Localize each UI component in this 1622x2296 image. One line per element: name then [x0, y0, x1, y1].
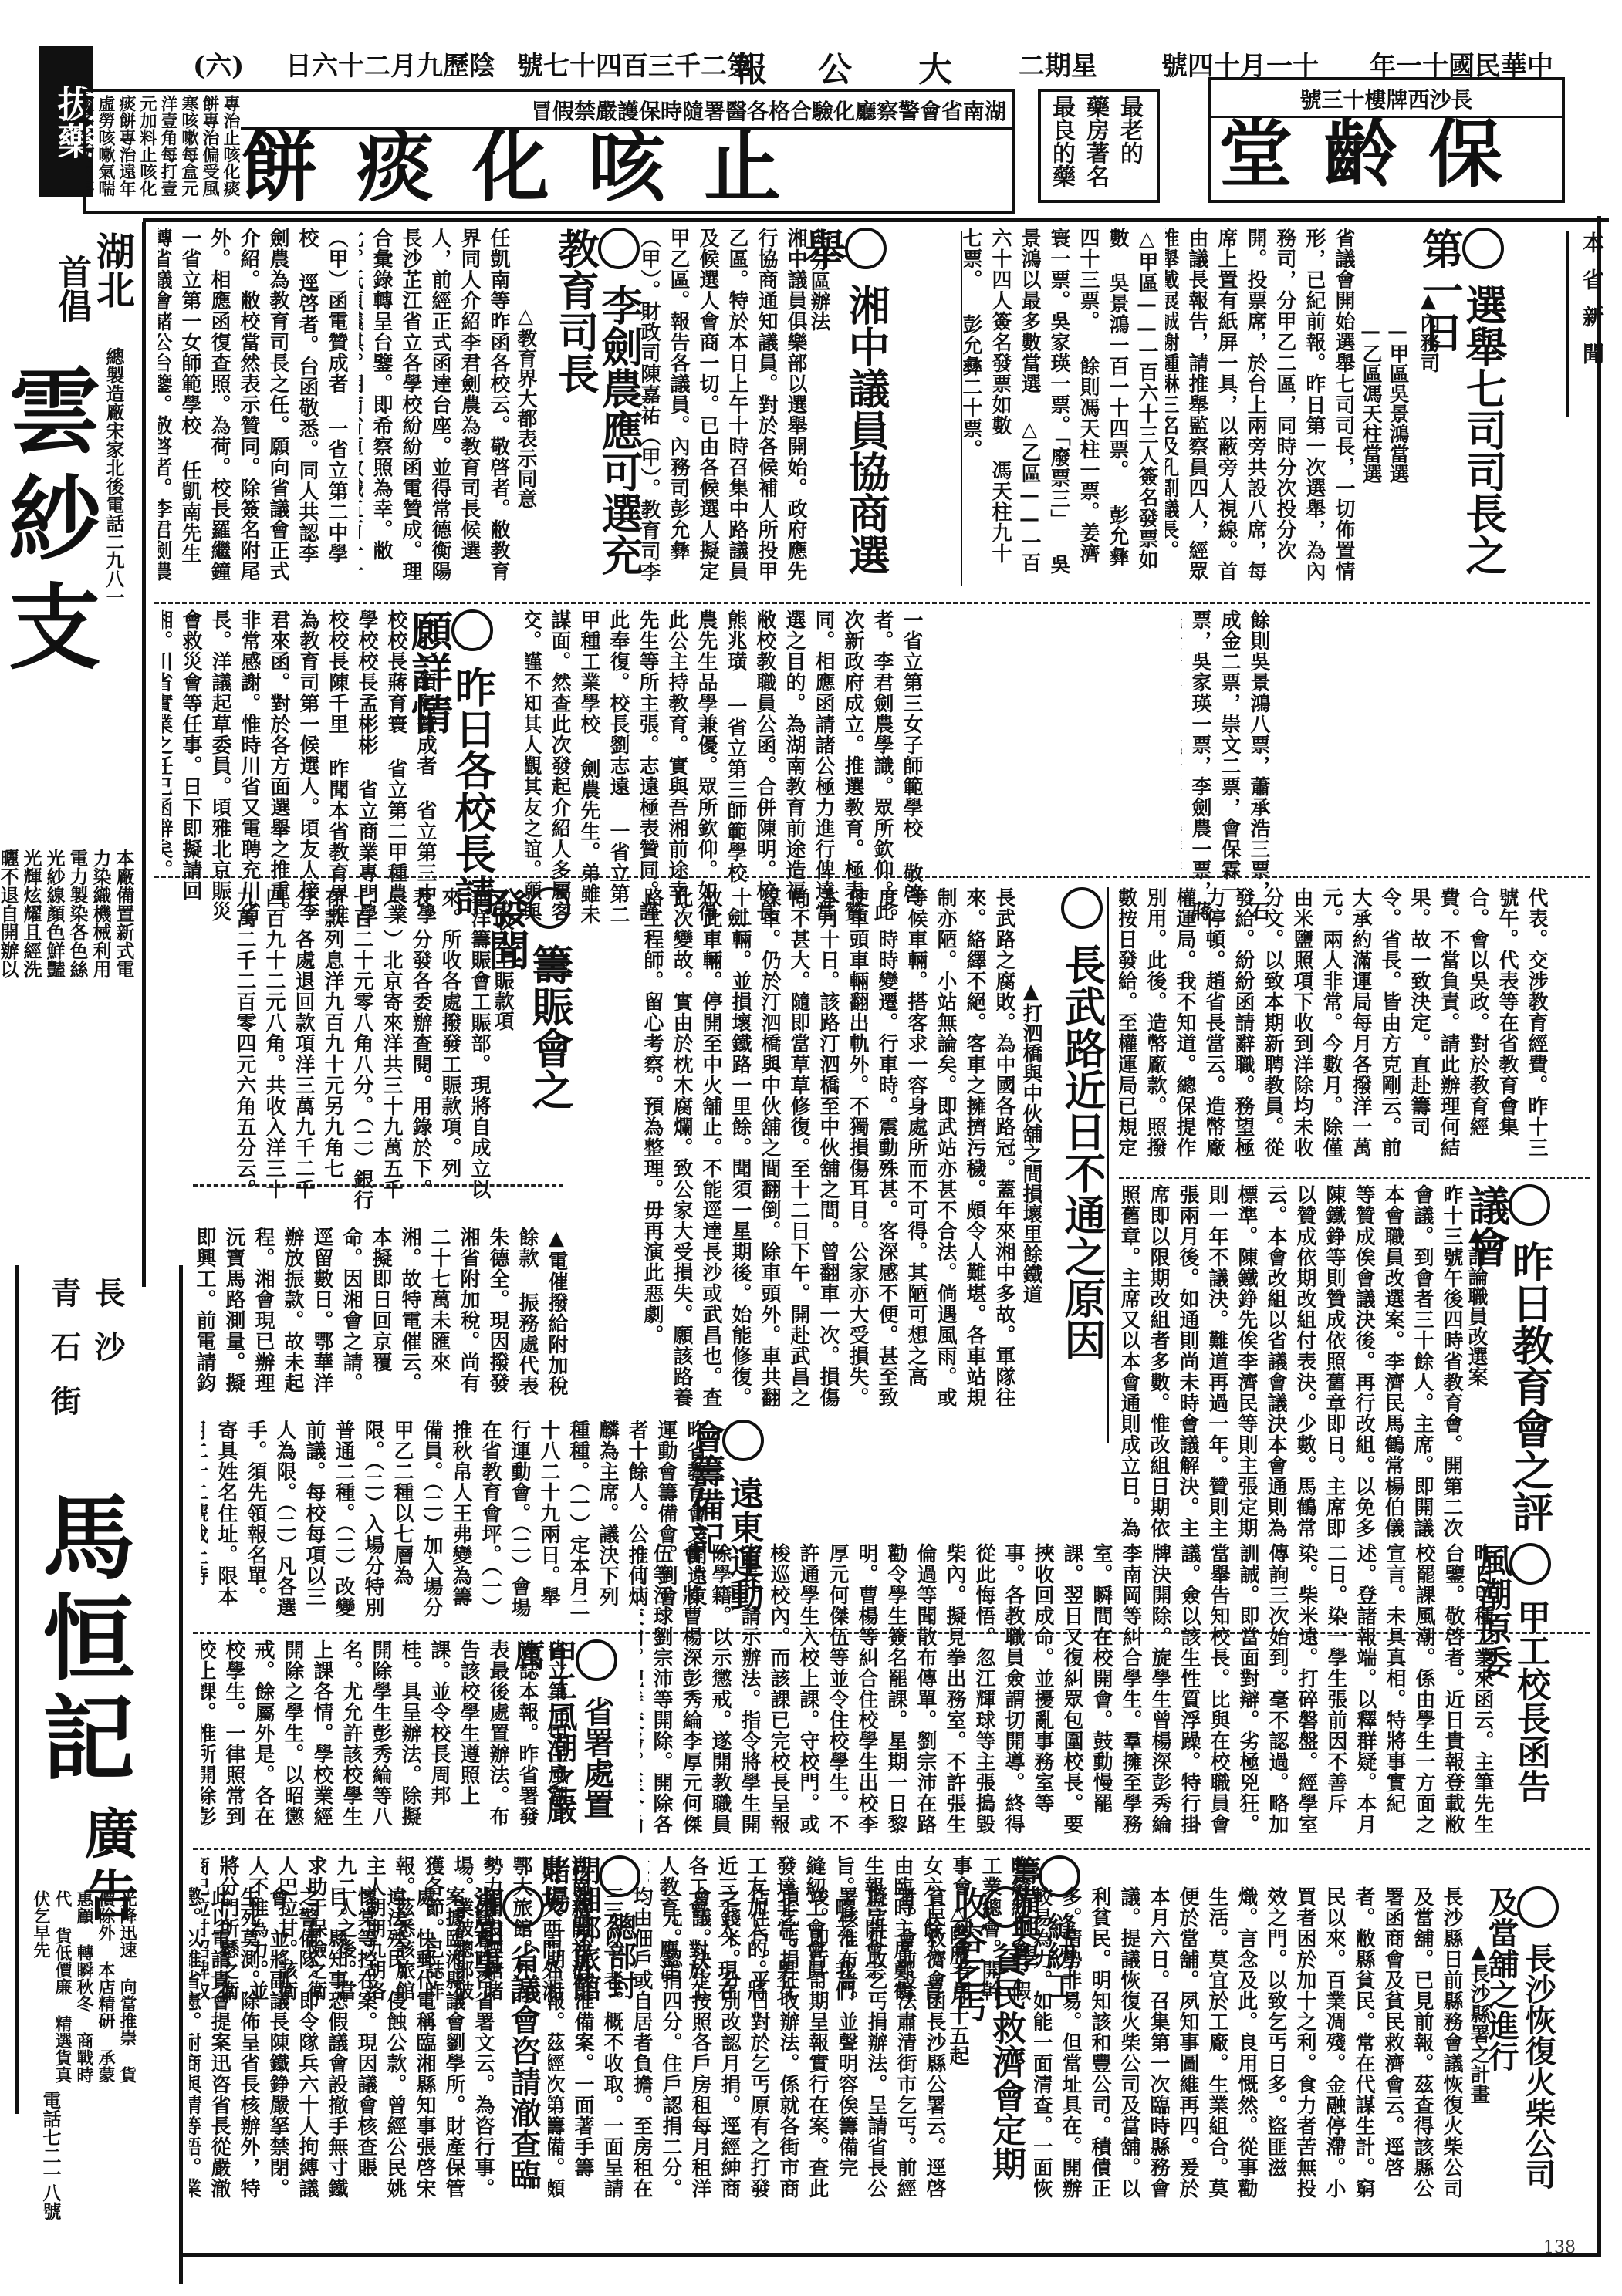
circle-marker-icon	[1509, 1543, 1551, 1585]
page-stamp: 138	[1543, 2238, 1576, 2257]
election-results: △甲區——一百六十三人簽名發票如數 吳景鴻一百一十四票。 彭允彝四十三票。 餘則…	[945, 228, 1161, 582]
article-headline: 長武路近日不通之原因	[1059, 887, 1103, 1427]
article-relief-work: 籌賑會之發聞 △收入工賑款項 華洋籌賑會工賑部。現將自成立以來。所收各處撥發工賑…	[193, 887, 571, 1412]
article-body: 省立第一甲工風潮。迭誌本報。昨省署發表最後處置辦法。布告該校學生遵照上課。並令校…	[201, 1639, 571, 1832]
ma-hengji-location: 長沙 青石街	[42, 1277, 130, 1477]
article-first-a-industrial: 省署處置甲工風潮之嚴厲 省立第一甲工風潮。迭誌本報。昨省署發表最後處置辦法。布告…	[193, 1639, 617, 1840]
article-subhead: —乙區馮天柱當選	[1357, 320, 1385, 484]
circle-marker-icon	[1462, 228, 1504, 269]
left-column-rule-lower	[179, 1265, 183, 2284]
article-xiangzhong-councillors: 湘中議員協商選舉 △分區辦法 湘中議員俱樂部以選舉開始。政府應先行協商通知議員。…	[640, 228, 895, 590]
article-subhead: ▲長沙縣署之計畫	[1465, 1940, 1493, 2104]
paper-name-left: 大	[918, 42, 952, 91]
pharmacy-name: 保齡堂	[1218, 117, 1533, 191]
article-subhead: △教育界大都表示同意	[512, 305, 540, 508]
cough-cake-ad: 專治止咳化痰 餅專治偏受風 寒咳嗽每盒元 洋壹角每打壹 元加料止咳化 痰餅專治遠…	[83, 89, 1015, 214]
article-subhead: ▲打泗橋與中伙舖之間損壞里餘鐵道	[1017, 980, 1046, 1304]
article-body: 長沙縣日前縣務會議恢復火柴公司及當舖。已見前報。茲查得該縣公署函商會及貧民救濟會…	[1034, 1886, 1466, 2203]
article-headline: 長沙恢復火柴公司及當舖之進行	[1485, 1886, 1559, 2203]
circle-marker-icon	[451, 609, 493, 651]
article-changwu-road: 長武路近日不通之原因 ▲打泗橋與中伙舖之間損壞里餘鐵道 長武路之腐敗。為中國各路…	[571, 887, 1111, 1427]
article-beggar-relief: 貧民救濟會定期收容乞丐 △陰歷十月十五起 貧民救濟會函長沙縣公署云。逕啓者。會前…	[548, 1886, 1026, 2210]
circle-marker-icon	[1517, 1886, 1559, 1928]
section-divider	[154, 602, 1590, 604]
ma-hengji-slogans: 光降迅速 向當推崇 貨價除外 本店精研 承蒙惠顧 轉瞬秋冬 商戰時代 貨低價廉 …	[26, 1890, 138, 2098]
article-body: 代表。交涉教育經費。昨十三號午。代表等在省教育會集合。會以吳政。對於教育經費。不…	[1119, 887, 1551, 1165]
pharmacy-tagline: 最老的 藥房著名 最良的藥	[1041, 92, 1149, 198]
circle-marker-icon	[1509, 1184, 1550, 1226]
article-body: （乙）領名贊成者 省立第三中學校校長蔣育寰 省立第二甲種農業學校校長孟彬彬 省立…	[162, 609, 440, 934]
article-headline: 選舉七司司長之第一日	[1418, 228, 1505, 582]
article-subhead: —甲區吳景鴻當選	[1384, 320, 1412, 484]
article-match-company: 長沙恢復火柴公司及當舖之進行 ▲長沙縣署之計畫 長沙縣日前縣務會議恢復火柴公司及…	[1034, 1886, 1559, 2210]
relief-telegram: ▲電催撥給附加稅餘款 振務處代表朱德全。現因撥發湘省附加稅。尚有二十七萬未匯來湘…	[193, 1227, 571, 1412]
ma-hengji-name: 馬恒記	[34, 1489, 127, 1798]
cough-cake-description: 專治止咳化痰 餅專治偏受風 寒咳嗽每盒元 洋壹角每打壹 元加料止咳化 痰餅專治遠…	[86, 95, 241, 207]
circle-marker-icon	[529, 887, 570, 929]
first-label: 首倡	[46, 255, 96, 322]
circle-marker-icon	[845, 228, 887, 269]
hubei-silk-ad: 湖北 首倡 總製造廠宋家北後電話二九八一 雲紗支 本廠備置新式電力染織機械利用電…	[0, 224, 139, 1219]
circle-marker-icon	[985, 1886, 1026, 1928]
bottom-rule	[181, 2253, 1601, 2257]
left-column-rule	[142, 222, 146, 1287]
article-body: 省議會昨咨省署文云。為咨行事。案據臨湘縣議會劉學所。財產保管處。快郵代電稱臨湘縣…	[189, 1886, 498, 2203]
article-body: 湘中議員俱樂部以選舉開始。政府應先行協商通知議員。對於各候補人所投甲乙區。特於本…	[640, 228, 810, 582]
article-body: 省議會開始選舉七司司長，一切佈置情形，已紀前報。昨日第一次選舉，為內務司，分甲乙…	[1165, 228, 1358, 582]
endorsements: （甲）函電贊成者 一省立第二中學校 逕啓者。台函敬悉。同人共認李劍農為教育司長之…	[158, 228, 351, 582]
article-body: 華洋籌賑會工賑部。現將自成立以來。所收各處撥發工賑款項。列表。分發各委辦查閱。用…	[201, 887, 494, 1219]
section-divider	[193, 1184, 563, 1187]
ma-hengji-ad: 長沙 青石街 馬恒記 廣告 光降迅速 向當推崇 貨價除外 本店精研 承蒙惠顧 轉…	[15, 1265, 142, 2114]
article-education-funds: 代表。交涉教育經費。昨十三號午。代表等在省教育會集合。會以吳政。對於教育經費。不…	[1119, 887, 1551, 1173]
endorsements-continued: 一省立第三女子師範學校 敬啓者。李君劍農學識。眾所欽仰。此次新政府成立。推選教育…	[525, 609, 926, 934]
right-border	[1597, 216, 1601, 2253]
article-election: 選舉七司司長之第一日 ▲內務司 —甲區吳景鴻當選 —乙區馮天柱當選 省議會開始選…	[887, 228, 1559, 590]
article-body: 任凱南等昨函各校云。敬啓者。敝教育界同人介紹李君劍農為教育司長候選人，前經正式函…	[359, 228, 513, 582]
hubei-silk-body: 本廠備置新式電力染織機械利用電力製染各色絲光紗線顏色鮮豔光輝炫耀且經洗曬不退自開…	[0, 849, 135, 984]
hubei-silk-brand: 雲紗支	[0, 363, 93, 841]
section-divider	[154, 876, 1590, 878]
article-body: 長武路之腐敗。為中國各路冠。蓋年來湘中多故。軍隊往來。絡繹不絕。客車之擁擠污穢。…	[579, 887, 1019, 1420]
circle-marker-icon	[598, 228, 640, 269]
article-body: 貧民救濟會函長沙縣公署云。逕啓者。會前設法肅清街市乞丐。前經擬定征收乞丐捐辦法。…	[548, 1886, 949, 2203]
masthead: (六) 陰歷九月二十六日 第二千三百四十七號 報 公 大 星期二 十一月十四號 …	[0, 0, 1622, 77]
article-body: 昨十三號午後四時省教育會。開第二次會議。到會者三十餘人。主席。即開議本會職員改選…	[1119, 1184, 1466, 1539]
column-divider	[961, 231, 962, 586]
article-li-jiannong: 李劍農應可選充教育司長 △教育界大都表示同意 任凱南等昨函各校云。敬啓者。敝教育…	[154, 228, 648, 590]
issue-number: 第二千三百四十七號	[517, 45, 753, 83]
top-rule	[143, 218, 1609, 222]
election-results-continued: 餘則吳景鴻八票，蕭承浩三票，石成金二票，崇文二票，會保霖一票，吳家瑛一票，李劍農…	[1181, 609, 1273, 934]
section-divider	[193, 1848, 1590, 1850]
article-provincial-assembly: 省議會咨請澈查臨湘知事 省議會昨咨省署文云。為咨行事。案據臨湘縣議會劉學所。財產…	[189, 1886, 544, 2210]
paper-name-right: 公	[818, 42, 852, 91]
cough-cake-name: 止咳化痰餅	[241, 129, 819, 206]
section-label: 本省新聞	[1566, 231, 1607, 417]
circle-marker-icon	[722, 1420, 764, 1461]
circle-marker-icon	[1061, 887, 1103, 929]
article-principal-letter: 甲工校長函告風潮原委 昨日甲種工業來函云。主筆先生台鑒。敬啓者。近日貴報登載敝校…	[633, 1543, 1551, 1844]
pharmacy-tagline-ad: 最老的 藥房著名 最良的藥	[1038, 89, 1160, 203]
article-subhead: ▲討論職員改選案	[1462, 1223, 1491, 1386]
article-textile-union	[833, 1566, 1080, 1844]
lunar-date: 陰歷九月二十六日	[286, 45, 495, 83]
article-headline: 李劍農應可選充教育司長	[553, 228, 640, 582]
article-education-council: 昨日教育會之評議會 ▲討論職員改選案 昨十三號午後四時省教育會。開第二次會議。到…	[1119, 1184, 1551, 1547]
paper-name-tail: 報	[733, 42, 767, 91]
page-marker: (六)	[193, 45, 244, 83]
circle-marker-icon	[576, 1639, 617, 1681]
section-divider	[1119, 1177, 1590, 1179]
ma-hengji-phone: 電話七二一八號	[37, 2091, 64, 2220]
column-divider	[1107, 887, 1109, 1443]
weekday: 星期二	[1019, 45, 1097, 83]
pharmacy-ad: 長沙西牌樓十三號 保齡堂	[1208, 77, 1565, 203]
circle-marker-icon	[502, 1886, 544, 1928]
hubei-factory-address: 總製造廠宋家北後電話二九八一	[100, 347, 127, 779]
article-subhead: ▲內務司	[1414, 289, 1443, 373]
